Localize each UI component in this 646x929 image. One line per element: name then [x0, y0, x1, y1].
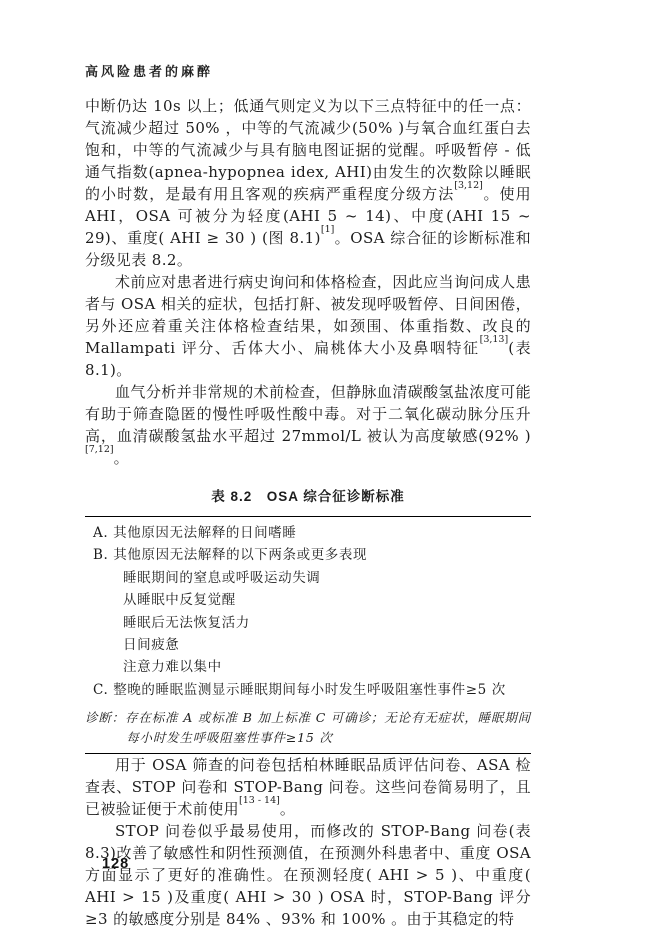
text-run: 。: [280, 800, 295, 818]
citation-ref: [3,12]: [454, 180, 483, 191]
table-8-2: 表 8.2 OSA 综合征诊断标准 A. 其他原因无法解释的日间嗜睡 B. 其他…: [85, 486, 531, 754]
page-number: 128: [102, 856, 129, 872]
paragraph-3: 血气分析并非常规的术前检查，但静脉血清碳酸氢盐浓度可能有助于筛查隐匿的慢性呼吸性…: [85, 381, 531, 469]
table-row: 睡眠期间的窒息或呼吸运动失调: [85, 567, 531, 589]
book-page: 高风险患者的麻醉 中断仍达 10s 以上；低通气则定义为以下三点特征中的任一点：…: [0, 0, 646, 929]
citation-ref: [7,12]: [85, 444, 114, 455]
page-content: 中断仍达 10s 以上；低通气则定义为以下三点特征中的任一点：气流减少超过 50…: [85, 95, 531, 929]
table-row: 日间疲惫: [85, 634, 531, 656]
table-row: 睡眠后无法恢复活力: [85, 612, 531, 634]
text-run: 用于 OSA 筛查的问卷包括柏林睡眠品质评估问卷、ASA 检查表、STOP 问卷…: [85, 756, 531, 818]
text-run: 血气分析并非常规的术前检查，但静脉血清碳酸氢盐浓度可能有助于筛查隐匿的慢性呼吸性…: [85, 383, 531, 445]
running-head: 高风险患者的麻醉: [85, 61, 213, 80]
citation-ref: [1]: [321, 224, 334, 235]
citation-ref: [3,13]: [480, 334, 509, 345]
text-run: STOP 问卷似乎最易使用，而修改的 STOP-Bang 问卷(表 8.3)改善…: [85, 822, 531, 928]
table-row: 注意力难以集中: [85, 656, 531, 678]
table-body: A. 其他原因无法解释的日间嗜睡 B. 其他原因无法解释的以下两条或更多表现 睡…: [85, 517, 531, 705]
table-diagnosis-note: 诊断：存在标准 A 或标准 B 加上标准 C 可确诊；无论有无症状，睡眠期间每小…: [85, 708, 531, 747]
paragraph-1: 中断仍达 10s 以上；低通气则定义为以下三点特征中的任一点：气流减少超过 50…: [85, 95, 531, 271]
table-caption: 表 8.2 OSA 综合征诊断标准: [85, 486, 531, 508]
table-row: B. 其他原因无法解释的以下两条或更多表现: [85, 544, 531, 566]
text-run: 术前应对患者进行病史询问和体格检查，因此应当询问成人患者与 OSA 相关的症状，…: [85, 273, 531, 357]
paragraph-4: 用于 OSA 筛查的问卷包括柏林睡眠品质评估问卷、ASA 检查表、STOP 问卷…: [85, 754, 531, 820]
table-row: C. 整晚的睡眠监测显示睡眠期间每小时发生呼吸阻塞性事件≥5 次: [85, 679, 531, 701]
citation-ref: [13 - 14]: [239, 795, 280, 806]
paragraph-2: 术前应对患者进行病史询问和体格检查，因此应当询问成人患者与 OSA 相关的症状，…: [85, 271, 531, 381]
table-row: 从睡眠中反复觉醒: [85, 589, 531, 611]
paragraph-5: STOP 问卷似乎最易使用，而修改的 STOP-Bang 问卷(表 8.3)改善…: [85, 820, 531, 929]
text-run: 。: [114, 449, 129, 467]
table-row: A. 其他原因无法解释的日间嗜睡: [85, 522, 531, 544]
